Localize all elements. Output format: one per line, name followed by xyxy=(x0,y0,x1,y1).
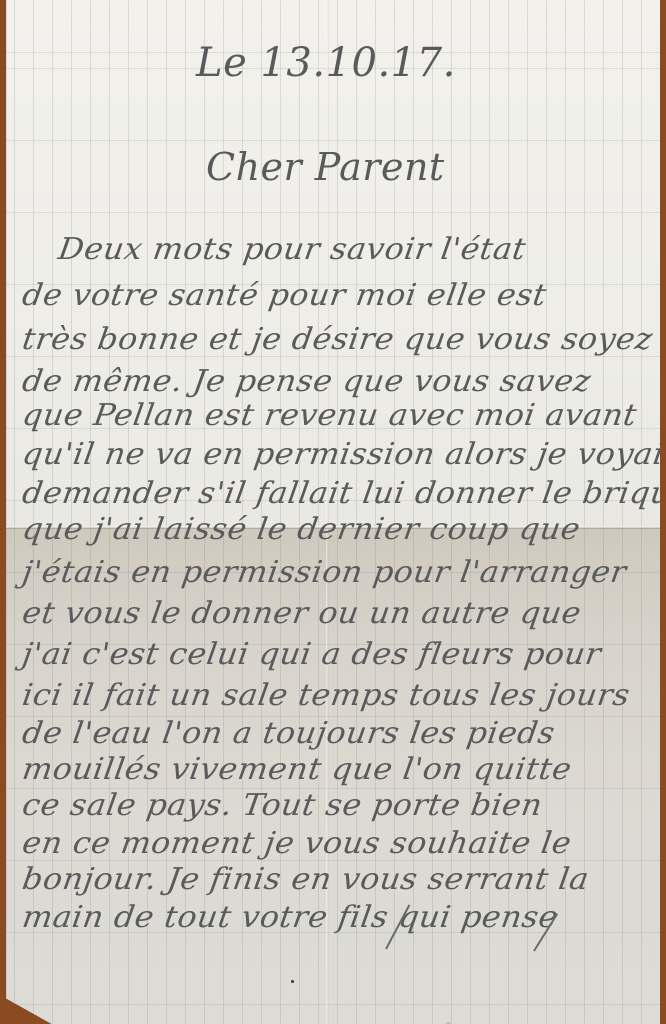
letter-line: mouillés vivement que l'on quitte xyxy=(20,752,574,787)
ink-spot xyxy=(291,980,294,983)
letter-line: de votre santé pour moi elle est xyxy=(20,278,549,313)
letter-line: ce sale pays. Tout se porte bien xyxy=(20,788,545,823)
letter-line: de même. Je pense que vous savez xyxy=(20,364,593,399)
letter-line: ici il fait un sale temps tous les jours xyxy=(20,678,632,713)
letter-line: main de tout votre fils qui pense xyxy=(20,900,560,935)
letter-line: j'étais en permission pour l'arranger xyxy=(20,555,629,590)
letter-salutation: Cher Parent xyxy=(206,145,445,189)
letter-line: demander s'il fallait lui donner le briq… xyxy=(20,476,660,511)
letter-line: de l'eau l'on a toujours les pieds xyxy=(20,716,557,751)
letter-line: très bonne et je désire que vous soyez xyxy=(20,322,655,357)
letter-line: que j'ai laissé le dernier coup que xyxy=(20,512,583,547)
letter-sheet: Le 13.10.17. Cher Parent Deux mots pour … xyxy=(6,0,660,1024)
letter-line: en ce moment je vous souhaite le xyxy=(20,826,574,861)
letter-line: bonjour. Je finis en vous serrant la xyxy=(20,862,591,897)
letter-date: Le 13.10.17. xyxy=(196,40,456,86)
letter-line: que Pellan est revenu avec moi avant xyxy=(20,398,639,433)
letter-line: Deux mots pour savoir l'état xyxy=(56,232,528,267)
letter-line: qu'il ne va en permission alors je voyai… xyxy=(20,437,660,472)
letter-line: et vous le donner ou un autre que xyxy=(20,596,584,631)
letter-line: j'ai c'est celui qui a des fleurs pour xyxy=(20,637,604,672)
